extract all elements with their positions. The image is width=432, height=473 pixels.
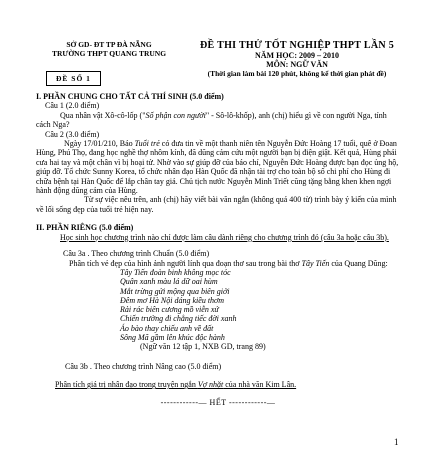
exam-duration: (Thời gian làm bài 120 phút, không kể th… (178, 69, 416, 79)
exam-document-page: SỞ GD- ĐT TP ĐÀ NẴNG TRƯỜNG THPT QUANG T… (0, 0, 432, 473)
department-name: SỞ GD- ĐT TP ĐÀ NẴNG (40, 40, 178, 49)
question-3b-prompt-after: của nhà văn Kim Lân. (223, 380, 296, 389)
question-3b-label: Câu 3b . Theo chương trình Nâng cao (5.0… (36, 362, 400, 371)
spacer (36, 214, 400, 223)
question-3b-work-title: Vợ nhặt (198, 380, 223, 389)
question-2-task: Từ sự việc nêu trên, anh (chị) hãy viết … (36, 195, 400, 214)
poem-line: Mắt trừng gửi mộng qua biên giới (120, 287, 400, 296)
section-1-heading: I. PHẦN CHUNG CHO TẤT CẢ THÍ SINH (5.0 đ… (36, 92, 400, 101)
poem-line: Tây Tiến đoàn binh không mọc tóc (120, 268, 400, 277)
poem-line: Sông Mã gầm lên khúc độc hành (120, 333, 400, 342)
question-3a-prompt-before: Phân tích vẻ đẹp của hình ảnh người lính… (69, 259, 302, 268)
end-marker: ------------— HẾT ------------— (36, 398, 400, 407)
question-3b-prompt-before: Phân tích giá trị nhân đạo trong truyện … (55, 380, 198, 389)
poem-line: Áo bào thay chiếu anh về đất (120, 324, 400, 333)
question-1-work-title: Số phận con người (145, 111, 205, 120)
question-3a-prompt-after: của Quang Dũng: (329, 259, 387, 268)
exam-subject: MÔN: NGỮ VĂN (178, 60, 416, 69)
exam-number-box-wrap: ĐỀ SỐ 1 (46, 71, 178, 86)
poem-line: Đêm mơ Hà Nội dáng kiều thơm (120, 296, 400, 305)
question-3a-prompt: Phân tích vẻ đẹp của hình ảnh người lính… (36, 259, 400, 268)
question-2-label: Câu 2 (3.0 điểm) (36, 130, 400, 139)
poem-line: Quân xanh màu lá dữ oai hùm (120, 277, 400, 286)
question-1-label: Câu 1 (2.0 điểm) (36, 101, 400, 110)
page-number: 1 (394, 438, 399, 447)
poem-excerpt: Tây Tiến đoàn binh không mọc tóc Quân xa… (120, 268, 400, 342)
exam-school-year: NĂM HỌC: 2009 – 2010 (178, 51, 416, 60)
document-body: I. PHẦN CHUNG CHO TẤT CẢ THÍ SINH (5.0 đ… (0, 86, 432, 407)
poem-line: Chiến trường đi chẳng tiếc đời xanh (120, 314, 400, 323)
document-header: SỞ GD- ĐT TP ĐÀ NẴNG TRƯỜNG THPT QUANG T… (0, 0, 432, 86)
poem-citation: (Ngữ văn 12 tập 1, NXB GD, trang 89) (140, 342, 400, 351)
question-2-paragraph: Ngày 17/01/210, Báo Tuổi trẻ có đưa tin … (36, 139, 400, 195)
exam-title: ĐỀ THI THỬ TỐT NGHIỆP THPT LẦN 5 (178, 40, 416, 51)
school-name: TRƯỜNG THPT QUANG TRUNG (40, 49, 178, 58)
question-3a-poem-title: Tây Tiến (302, 259, 330, 268)
poem-line: Rải rác biên cương mồ viễn xứ (120, 305, 400, 314)
question-2-text-before: Ngày 17/01/210, Báo (64, 139, 135, 148)
question-2-newspaper-name: Tuổi trẻ (135, 139, 160, 148)
section-2-heading: II. PHẦN RIÊNG (5.0 điểm) (36, 223, 400, 232)
question-1-text-before: Qua nhân vật Xô-cô-lốp (" (60, 111, 145, 120)
issuing-authority-block: SỞ GD- ĐT TP ĐÀ NẴNG TRƯỜNG THPT QUANG T… (40, 40, 178, 86)
section-2-note: Học sinh học chương trình nào chỉ được l… (36, 233, 400, 242)
question-3b-prompt: Phân tích giá trị nhân đạo trong truyện … (36, 380, 400, 389)
exam-title-block: ĐỀ THI THỬ TỐT NGHIỆP THPT LẦN 5 NĂM HỌC… (178, 40, 416, 86)
question-1-text: Qua nhân vật Xô-cô-lốp ("Số phận con ngư… (36, 111, 400, 130)
exam-number-box: ĐỀ SỐ 1 (46, 71, 101, 86)
question-3a-label: Câu 3a . Theo chương trình Chuẩn (5.0 đi… (36, 249, 400, 258)
